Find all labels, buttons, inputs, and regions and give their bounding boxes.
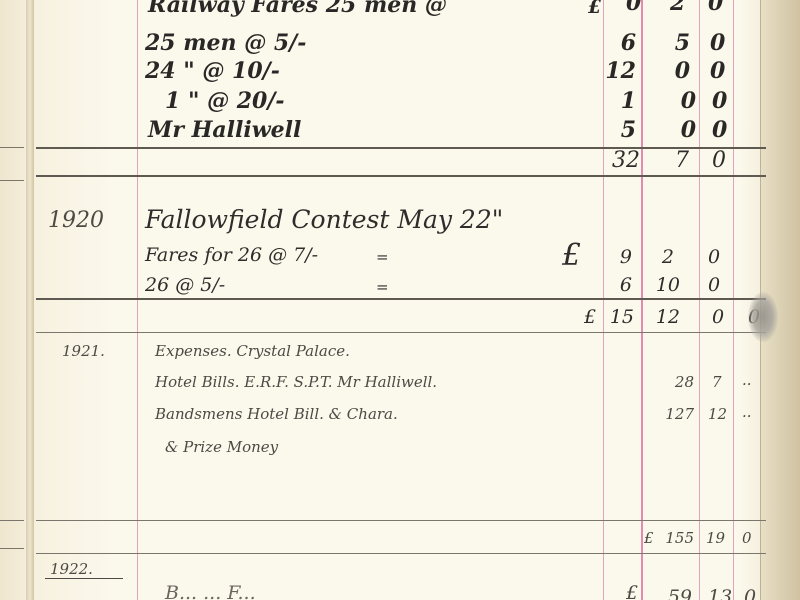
total-rule-top [36,147,766,149]
entry-description: 26 @ 5/- [145,274,225,296]
amount-shillings: 7 [712,373,722,391]
total-pence: 0 [742,529,752,547]
margin-tick [0,180,24,181]
margin-tick [0,548,24,549]
amount-pence: .. [742,403,752,421]
amount-pounds: 9 [606,246,632,268]
entry-description: B... ... F... [165,582,256,600]
amount-shillings: 2 [670,0,685,16]
total-shillings: 12 [650,306,680,328]
total-pounds: 15 [604,306,634,328]
amount-pounds: 127 [650,405,694,423]
amount-pence: 0 [712,88,727,114]
entry-year: 1922. [50,560,93,578]
currency-symbol: £ [584,306,596,328]
amount-pence: 0 [710,30,725,56]
amount-pence: 0 [708,0,723,16]
total-rule-top [36,298,766,300]
amount-pounds: 28 [650,373,694,391]
entry-description: 1 " @ 20/- [165,88,285,114]
entry-title: Fallowfield Contest May 22" [145,205,503,234]
pounds-column-rule [603,0,604,600]
entry-description: Expenses. Crystal Palace. [155,342,350,360]
amount-pence: .. [742,371,752,389]
total-pence: 0 [712,306,724,328]
ink-smudge [748,292,778,342]
currency-symbol: £ [588,0,601,18]
amount-shillings: 0 [664,58,690,84]
entry-description: 24 " @ 10/- [145,58,280,84]
amount-pounds: 5 [610,117,636,143]
total-shillings: 19 [706,529,725,547]
total-pounds: 155 [652,529,694,547]
extra-column-rule [733,0,734,600]
entry-description: Hotel Bills. E.R.F. S.P.T. Mr Halliwell. [155,373,437,391]
page-binding [26,0,34,600]
entry-description: 25 men @ 5/- [145,30,306,56]
equals-sign: = [376,248,389,266]
entry-year: 1921. [62,342,105,360]
currency-symbol: £ [626,582,638,600]
entry-description: Fares for 26 @ 7/- [145,244,318,266]
amount-pence: 0 [744,586,756,600]
year-underline [45,578,123,579]
entry-description: Railway Fares 25 men @ [148,0,447,18]
amount-pounds: 12 [600,58,636,84]
total-rule-bottom [36,175,766,177]
amount-pounds: 6 [610,30,636,56]
margin-rule [137,0,138,600]
total-rule-top [36,520,766,521]
amount-pence: 0 [708,246,720,268]
amount-shillings: 0 [670,88,696,114]
total-rule-bottom [36,332,766,333]
amount-shillings: 2 [650,246,674,268]
entry-year: 1920 [48,208,104,233]
pence-column-rule [699,0,700,600]
entry-description: Mr Halliwell [148,117,301,143]
amount-shillings: 0 [670,117,696,143]
total-shillings: 7 [665,148,689,173]
ledger-page: Railway Fares 25 men @ £ 0 2 0 25 men @ … [0,0,800,600]
currency-symbol: £ [562,238,581,273]
total-rule-bottom [36,553,766,554]
amount-shillings: 5 [664,30,690,56]
amount-shillings: 13 [708,586,732,600]
total-pence: 0 [712,148,726,173]
amount-pence: 0 [710,58,725,84]
margin-tick [0,147,24,148]
equals-sign: = [376,278,389,296]
amount-shillings: 12 [708,405,727,423]
amount-pounds: 1 [610,88,636,114]
entry-description: Bandsmens Hotel Bill. & Chara. [155,405,398,423]
entry-description: & Prize Money [165,438,278,456]
margin-tick [0,520,24,521]
total-pounds: 32 [600,148,640,173]
amount-pence: 0 [708,274,720,296]
amount-pounds: 6 [606,274,632,296]
shillings-column-rule [641,0,643,600]
amount-pounds: 59 [652,586,692,600]
amount-pounds: 0 [626,0,641,16]
amount-shillings: 10 [650,274,680,296]
amount-pence: 0 [712,117,727,143]
